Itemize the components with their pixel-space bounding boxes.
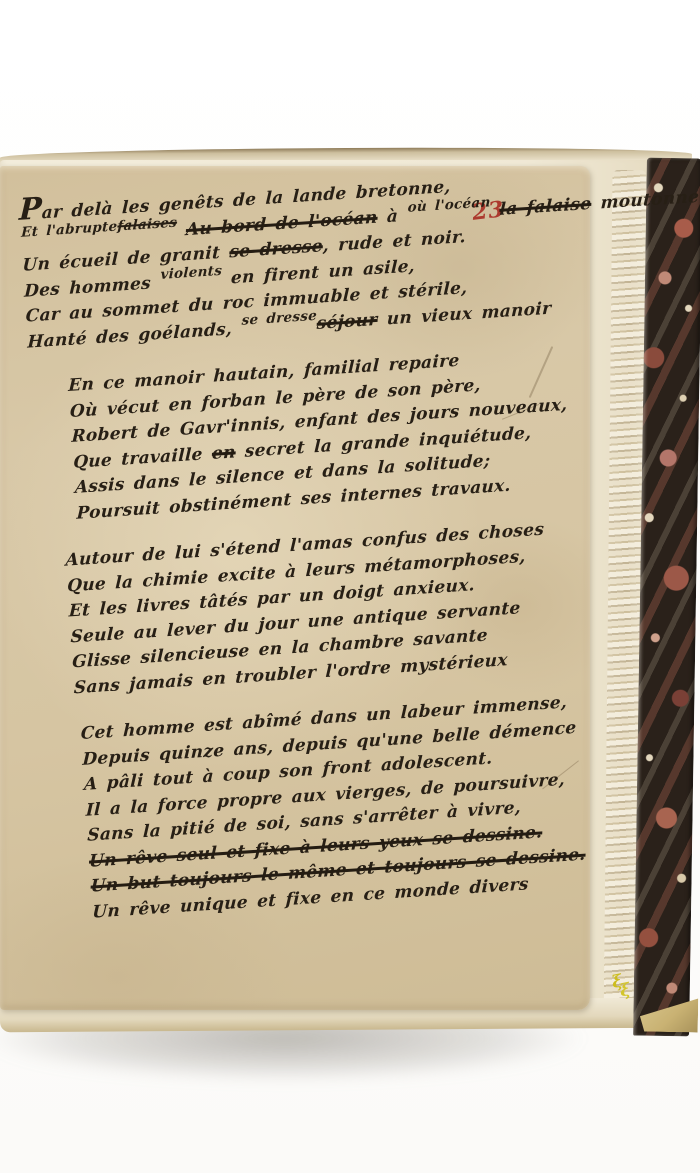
photograph-background: 23 Par delà les genêts de la lande breto… (0, 0, 700, 1173)
poem-segment: se dresse (229, 236, 323, 262)
poem-segment: séjour (316, 309, 378, 333)
poem-segment: violents (160, 265, 222, 279)
poem-segment: falaises (117, 217, 177, 231)
poem-segment: à (377, 205, 408, 227)
poem-segment: la falaise (499, 193, 592, 219)
poem-segment: Et l'abrupte (21, 221, 118, 237)
poem-stanza: En ce manoir hautain, familial repaireOù… (67, 340, 602, 527)
poem-segment: où l'océan (407, 197, 490, 212)
poem-stanza: Autour de lui s'étend l'amas confus des … (65, 514, 614, 702)
poem: Par delà les genêts de la lande bretonne… (16, 161, 629, 948)
poem-segment: se dresse (241, 310, 317, 325)
poem-segment: en (212, 442, 237, 464)
poem-stanza: Cet homme est abîmé dans un labeur immen… (80, 687, 628, 925)
